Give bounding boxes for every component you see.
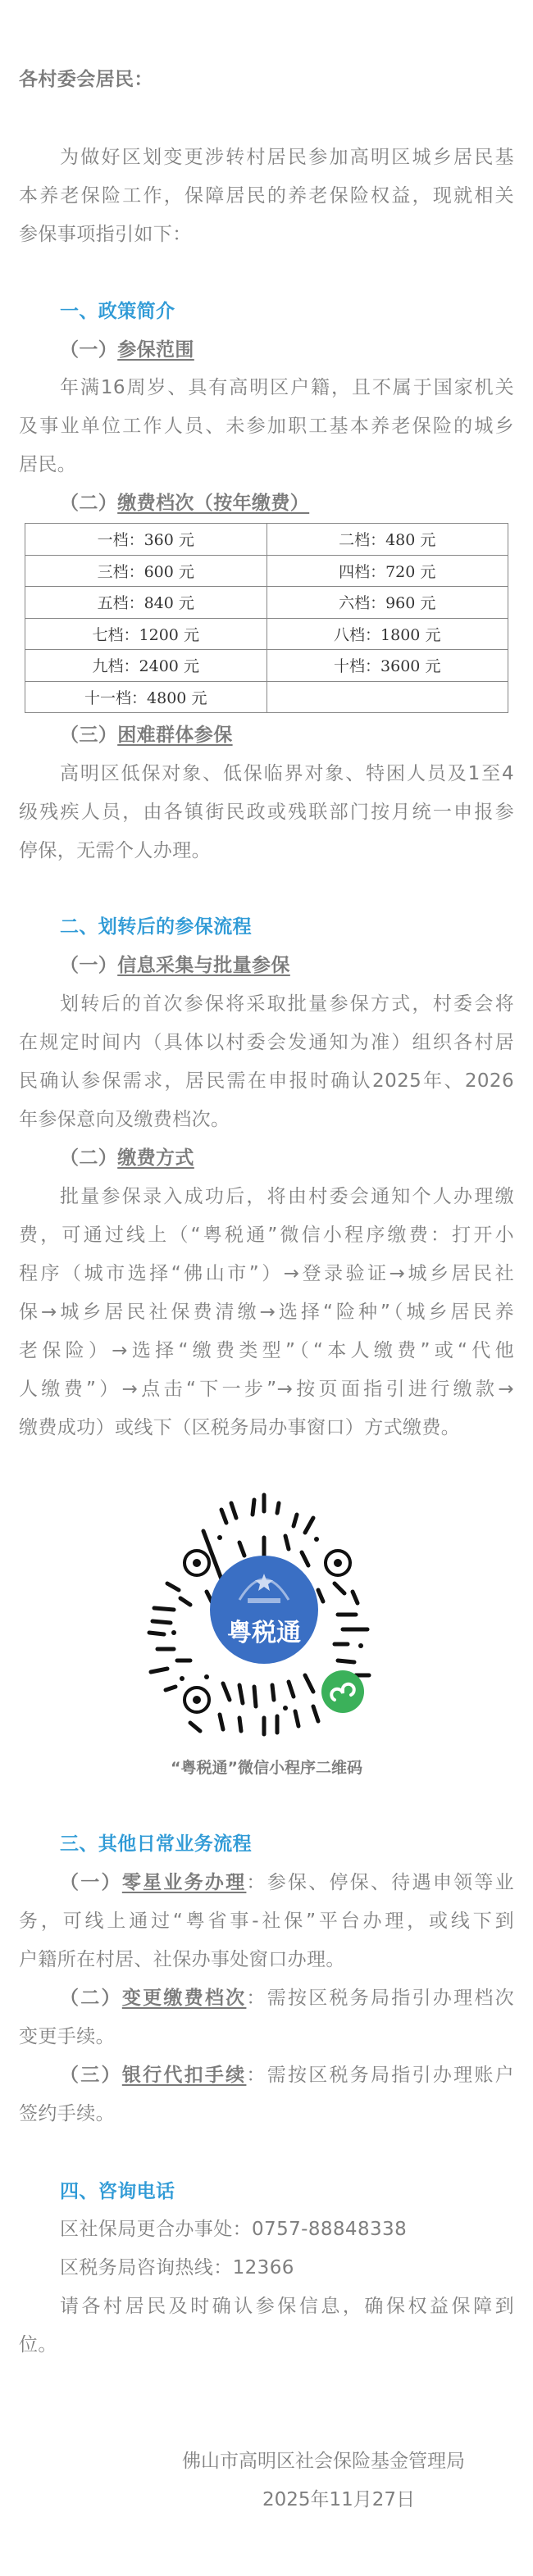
contact-social-security-office: 区社保局更合办事处：0757-88848338 xyxy=(60,2210,514,2249)
table-cell: 十一档：4800 元 xyxy=(25,681,267,713)
body-line: 变更手续。 xyxy=(19,2018,514,2056)
table-cell: 九档：2400 元 xyxy=(25,650,267,682)
body-line: 停保，无需个人办理。 xyxy=(19,832,514,870)
table-cell: 十档：3600 元 xyxy=(266,650,508,682)
closing-line: 位。 xyxy=(19,2326,514,2365)
subheading-coverage: （一）参保范围 xyxy=(60,331,514,370)
item-odd-jobs: （一）零星业务办理：参保、停保、待遇申领等业 xyxy=(60,1864,514,1902)
table-row: 五档：840 元 六档：960 元 xyxy=(25,587,508,619)
table-row: 七档：1200 元 八档：1800 元 xyxy=(25,618,508,650)
subheading-batch-enrollment: （一）信息采集与批量参保 xyxy=(60,947,514,985)
notice-document: 各村委会居民： 为做好区划变更涉转村居民参加高明区城乡居民基 本养老保险工作，保… xyxy=(0,0,533,2576)
body-line: 及事业单位工作人员、未参加职工基本养老保险的城乡 xyxy=(19,407,514,446)
table-row: 十一档：4800 元 xyxy=(25,681,508,713)
body-line: 批量参保录入成功后，将由村委会通知个人办理缴 xyxy=(60,1178,514,1216)
item-text: ：参保、停保、待遇申领等业 xyxy=(246,1872,514,1893)
table-cell: 七档：1200 元 xyxy=(25,618,267,650)
signature-date: 2025年11月27日 xyxy=(262,2481,415,2519)
subheading-prefix: （二） xyxy=(60,1147,117,1169)
closing-line: 请各村居民及时确认参保信息，确保权益保障到 xyxy=(60,2288,514,2326)
subheading-prefix: （二） xyxy=(60,493,117,514)
item-prefix: （二） xyxy=(60,1988,122,2009)
table-cell: 四档：720 元 xyxy=(266,555,508,587)
subheading-title: 参保范围 xyxy=(117,339,194,361)
subheading-prefix: （三） xyxy=(60,725,117,746)
signature-org: 佛山市高明区社会保险基金管理局 xyxy=(182,2442,465,2481)
intro-line: 参保事项指引如下： xyxy=(19,216,514,254)
body-line: 签约手续。 xyxy=(19,2095,514,2133)
table-row: 九档：2400 元 十档：3600 元 xyxy=(25,650,508,682)
body-line: 程序（城市选择“佛山市”）→登录验证→城乡居民社 xyxy=(19,1255,514,1293)
table-cell-empty xyxy=(266,681,508,713)
table-cell: 八档：1800 元 xyxy=(266,618,508,650)
item-title: 变更缴费档次 xyxy=(122,1988,247,2009)
qr-code-icon: 粤税通 xyxy=(141,1485,387,1739)
subheading-prefix: （一） xyxy=(60,339,117,361)
body-line: 费，可通过线上（“粤税通”微信小程序缴费：打开小 xyxy=(19,1216,514,1255)
subheading-title: 困难群体参保 xyxy=(117,725,232,746)
subheading-payment-method: （二）缴费方式 xyxy=(60,1139,514,1178)
subheading-prefix: （一） xyxy=(60,955,117,976)
yueshuitong-qr-code: 粤税通 xyxy=(141,1485,387,1739)
item-title: 银行代扣手续 xyxy=(122,2065,247,2086)
subheading-contribution-tiers: （二）缴费档次（按年缴费） xyxy=(60,484,514,523)
body-line: 居民。 xyxy=(19,446,514,484)
section-heading-daily-business: 三、其他日常业务流程 xyxy=(60,1825,514,1864)
item-change-tier: （二）变更缴费档次：需按区税务局指引办理档次 xyxy=(60,1979,514,2018)
table-cell: 三档：600 元 xyxy=(25,555,267,587)
body-line: 民确认参保需求，居民需在申报时确认2025年、2026 xyxy=(19,1062,514,1101)
subheading-title: 信息采集与批量参保 xyxy=(117,955,290,976)
qr-center-label: 粤税通 xyxy=(227,1619,301,1647)
body-line: 缴费成功）或线下（区税务局办事窗口）方式缴费。 xyxy=(19,1409,514,1447)
table-cell: 一档：360 元 xyxy=(25,524,267,556)
body-line: 保→城乡居民社保费清缴→选择“险种”（城乡居民养 xyxy=(19,1293,514,1332)
body-line: 高明区低保对象、低保临界对象、特困人员及1至4 xyxy=(60,755,514,793)
item-title: 零星业务办理 xyxy=(122,1872,247,1893)
item-prefix: （一） xyxy=(60,1872,122,1893)
body-line: 户籍所在村居、社保办事处窗口办理。 xyxy=(19,1941,514,1979)
greeting: 各村委会居民： xyxy=(19,61,514,99)
contact-tax-hotline: 区税务局咨询热线：12366 xyxy=(60,2249,514,2288)
table-row: 三档：600 元 四档：720 元 xyxy=(25,555,508,587)
subheading-vulnerable-groups: （三）困难群体参保 xyxy=(60,716,514,755)
section-heading-process: 二、划转后的参保流程 xyxy=(60,908,514,947)
body-line: 老保险）→选择“缴费类型”（“本人缴费”或“代他 xyxy=(19,1332,514,1370)
item-text: ：需按区税务局指引办理账户 xyxy=(246,2065,514,2086)
body-line: 级残疾人员，由各镇街民政或残联部门按月统一申报参 xyxy=(19,793,514,832)
item-prefix: （三） xyxy=(60,2065,122,2086)
body-line: 划转后的首次参保将采取批量参保方式，村委会将 xyxy=(60,985,514,1024)
subheading-title: 缴费档次（按年缴费） xyxy=(117,493,309,514)
table-cell: 五档：840 元 xyxy=(25,587,267,619)
body-line: 年满16周岁、具有高明区户籍，且不属于国家机关 xyxy=(60,369,514,407)
body-line: 年参保意向及缴费档次。 xyxy=(19,1101,514,1139)
intro-line: 为做好区划变更涉转村居民参加高明区城乡居民基 xyxy=(60,139,514,177)
intro-line: 本养老保险工作，保障居民的养老保险权益，现就相关 xyxy=(19,177,514,216)
body-line: 在规定时间内（具体以村委会发通知为准）组织各村居 xyxy=(19,1024,514,1062)
table-cell: 六档：960 元 xyxy=(266,587,508,619)
contribution-tier-table: 一档：360 元 二档：480 元 三档：600 元 四档：720 元 五档：8… xyxy=(25,523,508,713)
subheading-title: 缴费方式 xyxy=(117,1147,194,1169)
body-line: 人缴费”）→点击“下一步”→按页面指引进行缴款→ xyxy=(19,1370,514,1409)
section-heading-hotline: 四、咨询电话 xyxy=(60,2173,514,2211)
table-cell: 二档：480 元 xyxy=(266,524,508,556)
body-line: 务，可线上通过“粤省事-社保”平台办理，或线下到 xyxy=(19,1902,514,1941)
item-bank-debit: （三）银行代扣手续：需按区税务局指引办理账户 xyxy=(60,2056,514,2095)
qr-caption: “粤税通”微信小程序二维码 xyxy=(0,1750,533,1786)
item-text: ：需按区税务局指引办理档次 xyxy=(246,1988,514,2009)
section-heading-policy: 一、政策简介 xyxy=(60,293,514,331)
table-row: 一档：360 元 二档：480 元 xyxy=(25,524,508,556)
